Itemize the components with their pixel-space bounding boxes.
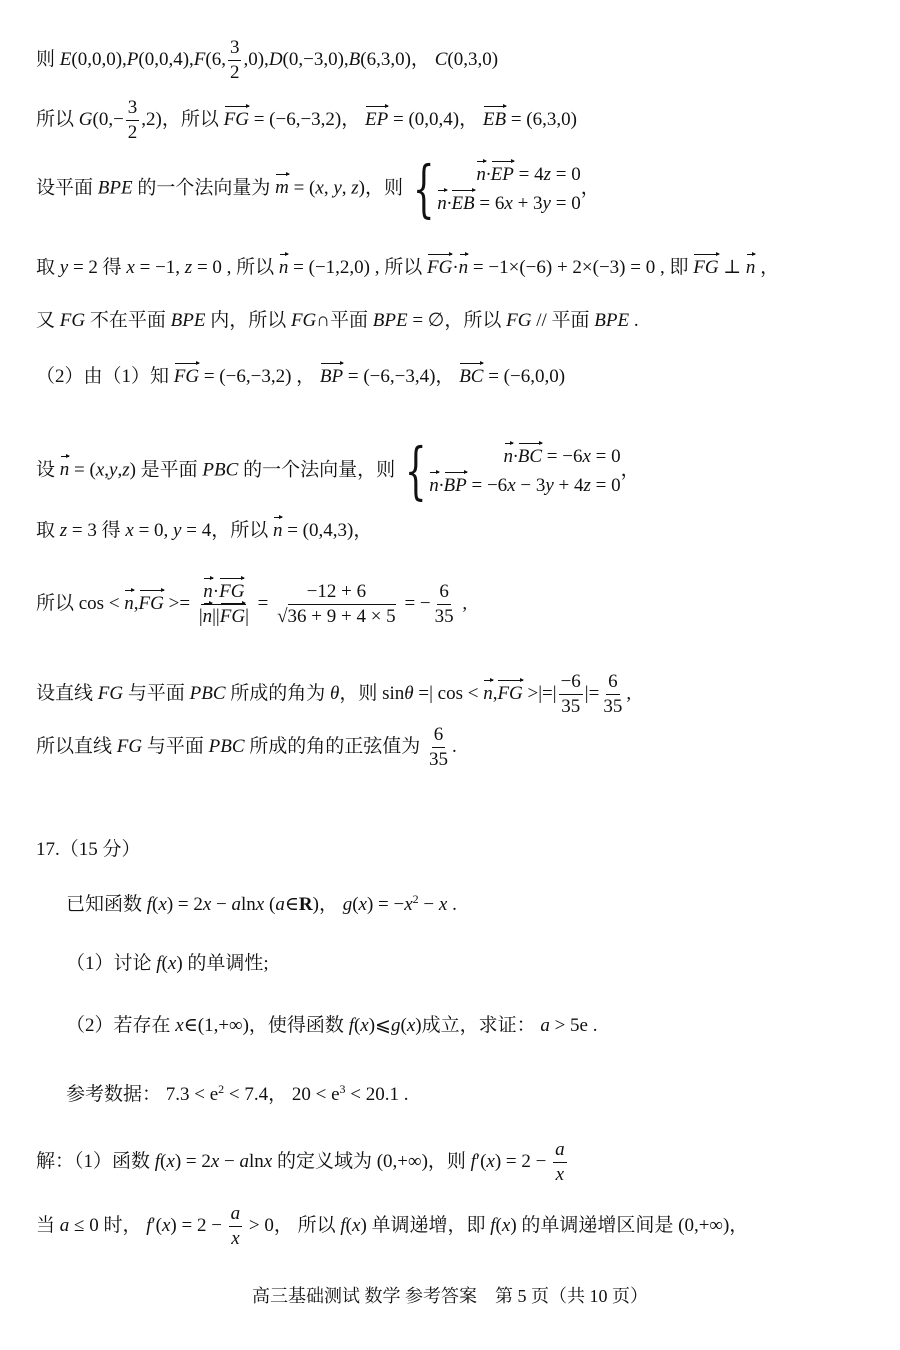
normal-pbc-line: 设 n = (x,y,z) 是平面 PBC 的一个法向量，则 { n·BC = … (36, 440, 640, 502)
not-in-plane-line: 又 FG 不在平面 BPE 内，所以 FG∩平面 BPE = ∅，所以 FG /… (36, 311, 639, 330)
normal-bpe-line: 设平面 BPE 的一个法向量为 m = (x, y, z)，则 { n·EP =… (36, 158, 600, 220)
take-z-line: 取 z = 3 得 x = 0, y = 4，所以 n = (0,4,3)， (36, 521, 372, 540)
part2-vectors-line: （2）由（1）知 FG = (−6,−3,2) ， BP = (−6,−3,4)… (36, 367, 565, 386)
problem17-statement: 已知函数 f(x) = 2x − alnx (a∈R)， g(x) = −x2 … (66, 893, 457, 914)
coords-line: 则 E(0,0,0),P(0,0,4),F(6,32,0),D(0,−3,0),… (36, 38, 498, 83)
problem17-q1: （1）讨论 f(x) 的单调性; (66, 954, 269, 973)
page-footer: 高三基础测试 数学 参考答案 第 5 页（共 10 页） (0, 1282, 900, 1308)
cos-line: 所以 cos < n,FG >= n·FG|n||FG| = −12 + 6√3… (36, 582, 467, 627)
sin-line: 设直线 FG 与平面 PBC 所成的角为 θ，则 sinθ =| cos < n… (36, 672, 631, 717)
g-vectors-line: 所以 G(0,−32,2)，所以 FG = (−6,−3,2)， EP = (0… (36, 98, 577, 143)
conclusion-line: 所以直线 FG 与平面 PBC 所成的角的正弦值为 635. (36, 725, 457, 770)
problem17-q2: （2）若存在 x∈(1,+∞)，使得函数 f(x)⩽g(x)成立，求证： a >… (66, 1016, 597, 1035)
problem17-header: 17.（15 分） (36, 840, 141, 859)
solution-line-2: 当 a ≤ 0 时， f′(x) = 2 − ax > 0， 所以 f(x) 单… (36, 1204, 748, 1249)
reference-data: 参考数据： 7.3 < e2 < 7.4， 20 < e3 < 20.1 . (66, 1083, 409, 1104)
solution-line-1: 解：（1）函数 f(x) = 2x − alnx 的定义域为 (0,+∞)，则 … (36, 1140, 569, 1185)
equation-system-bpe: { n·EP = 4z = 0 n·EB = 6x + 3y = 0 (408, 158, 581, 220)
equation-system-pbc: { n·BC = −6x = 0 n·BP = −6x − 3y + 4z = … (400, 440, 621, 502)
take-y-line: 取 y = 2 得 x = −1, z = 0 , 所以 n = (−1,2,0… (36, 258, 779, 277)
